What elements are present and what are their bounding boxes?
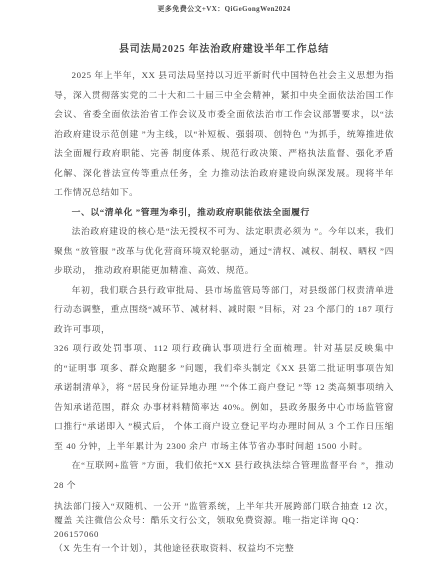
- paragraph-core-principle: 法治政府建设的核心是“法无授权不可为、法定职责必须为 ”。今年以来，我们聚焦 “…: [54, 222, 394, 281]
- promo-line-1: 执法部门接入“双随机、一公开 ”监管系统，上半年共开展跨部门联合抽查 12 次，…: [54, 499, 394, 527]
- section-heading-1: 一、以“清单化 ”管理为牵引，推动政府职能依法全面履行: [54, 203, 394, 223]
- promo-block: 执法部门接入“双随机、一公开 ”监管系统，上半年共开展跨部门联合抽查 12 次，…: [54, 499, 394, 555]
- paragraph-list-adjustment: 年初，我们联合县行政审批局、县市场监管局等部门，对县级部门权责清单进行动态调整，…: [54, 281, 394, 340]
- paragraph-certification-reform: 326 项行政处罚事项、112 项行政确认事项进行全面梳理。针对基层反映集中的“…: [54, 339, 394, 456]
- watermark-header: 更多免费公文+VX：QiGeGongWen2024: [0, 0, 448, 14]
- promo-qq-number: 206157060: [54, 527, 394, 541]
- document-title: 县司法局2025 年法治政府建设半年工作总结: [0, 40, 448, 55]
- promo-line-3: （X 先生有一个计划），其他途径获取资料、权益均不完整: [54, 541, 394, 555]
- paragraph-internet-supervision: 在“互联网+监管 ”方面，我们依托“XX 县行政执法综合管理监督平台 ”，推动2…: [54, 456, 394, 495]
- document-body: 2025 年上半年，XX 县司法局坚持以习近平新时代中国特色社会主义思想为指导，…: [0, 55, 448, 555]
- paragraph-intro: 2025 年上半年，XX 县司法局坚持以习近平新时代中国特色社会主义思想为指导，…: [54, 66, 394, 203]
- document-page: 更多免费公文+VX：QiGeGongWen2024 县司法局2025 年法治政府…: [0, 0, 448, 580]
